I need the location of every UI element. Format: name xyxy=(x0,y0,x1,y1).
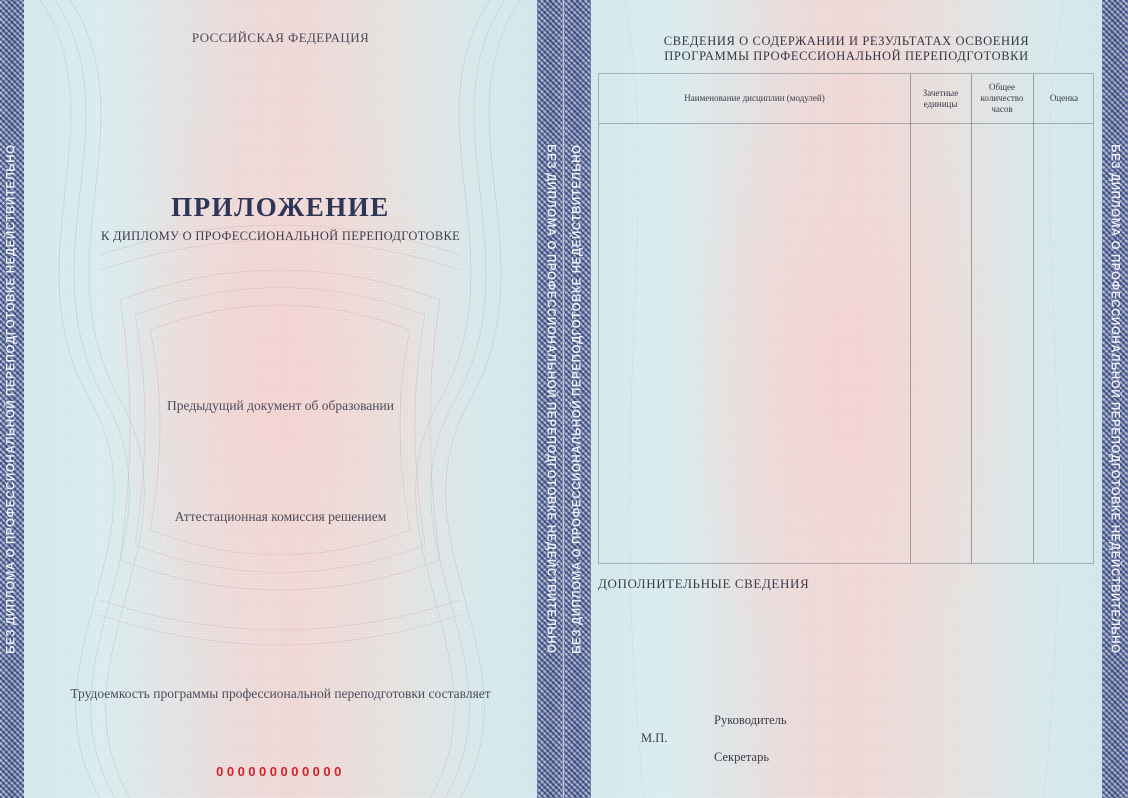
column-header-hours: Общее количество часов xyxy=(971,74,1033,123)
country-name: РОССИЙСКАЯ ФЕДЕРАЦИЯ xyxy=(24,30,537,46)
security-strip-center-right: БЕЗ ДИПЛОМА О ПРОФЕССИОНАЛЬНОЙ ПЕРЕПОДГО… xyxy=(564,0,591,798)
document-title: ПРИЛОЖЕНИЕ xyxy=(24,192,537,223)
security-strip-right: БЕЗ ДИПЛОМА О ПРОФЕССИОНАЛЬНОЙ ПЕРЕПОДГО… xyxy=(1102,0,1128,798)
secretary-signature-label: Секретарь xyxy=(714,750,769,765)
diploma-supplement-left-page: РОССИЙСКАЯ ФЕДЕРАЦИЯ ПРИЛОЖЕНИЕ К ДИПЛОМ… xyxy=(0,0,564,798)
security-strip-text: БЕЗ ДИПЛОМА О ПРОФЕССИОНАЛЬНОЙ ПЕРЕПОДГО… xyxy=(1109,144,1121,653)
commission-decision-label: Аттестационная комиссия решением xyxy=(24,509,537,525)
additional-info-label: ДОПОЛНИТЕЛЬНЫЕ СВЕДЕНИЯ xyxy=(598,576,809,592)
column-header-credits: Зачетные единицы xyxy=(910,74,971,123)
previous-document-label: Предыдущий документ об образовании xyxy=(24,398,537,414)
security-strip-left: БЕЗ ДИПЛОМА О ПРОФЕССИОНАЛЬНОЙ ПЕРЕПОДГО… xyxy=(0,0,24,798)
results-heading-line1: СВЕДЕНИЯ О СОДЕРЖАНИИ И РЕЗУЛЬТАТАХ ОСВО… xyxy=(591,34,1102,49)
document-subtitle: К ДИПЛОМУ О ПРОФЕССИОНАЛЬНОЙ ПЕРЕПОДГОТО… xyxy=(24,229,537,244)
results-heading: СВЕДЕНИЯ О СОДЕРЖАНИИ И РЕЗУЛЬТАТАХ ОСВО… xyxy=(591,34,1102,64)
results-heading-line2: ПРОГРАММЫ ПРОФЕССИОНАЛЬНОЙ ПЕРЕПОДГОТОВК… xyxy=(591,49,1102,64)
column-divider xyxy=(971,74,972,563)
director-signature-label: Руководитель xyxy=(714,713,787,728)
disciplines-table: Наименование дисциплин (модулей) Зачетны… xyxy=(598,73,1094,564)
program-workload-label: Трудоемкость программы профессиональной … xyxy=(24,686,537,702)
security-strip-text: БЕЗ ДИПЛОМА О ПРОФЕССИОНАЛЬНОЙ ПЕРЕПОДГО… xyxy=(572,144,584,653)
security-strip-text: БЕЗ ДИПЛОМА О ПРОФЕССИОНАЛЬНОЙ ПЕРЕПОДГО… xyxy=(6,144,18,653)
column-divider xyxy=(1033,74,1034,563)
security-strip-center-left: БЕЗ ДИПЛОМА О ПРОФЕССИОНАЛЬНОЙ ПЕРЕПОДГО… xyxy=(537,0,564,798)
column-header-discipline: Наименование дисциплин (модулей) xyxy=(599,74,910,123)
serial-number: 000000000000 xyxy=(24,764,537,779)
security-strip-text: БЕЗ ДИПЛОМА О ПРОФЕССИОНАЛЬНОЙ ПЕРЕПОДГО… xyxy=(545,144,557,653)
column-divider xyxy=(910,74,911,563)
stamp-place-label: М.П. xyxy=(641,731,667,746)
table-header-divider xyxy=(599,123,1093,124)
column-header-grade: Оценка xyxy=(1033,74,1095,123)
